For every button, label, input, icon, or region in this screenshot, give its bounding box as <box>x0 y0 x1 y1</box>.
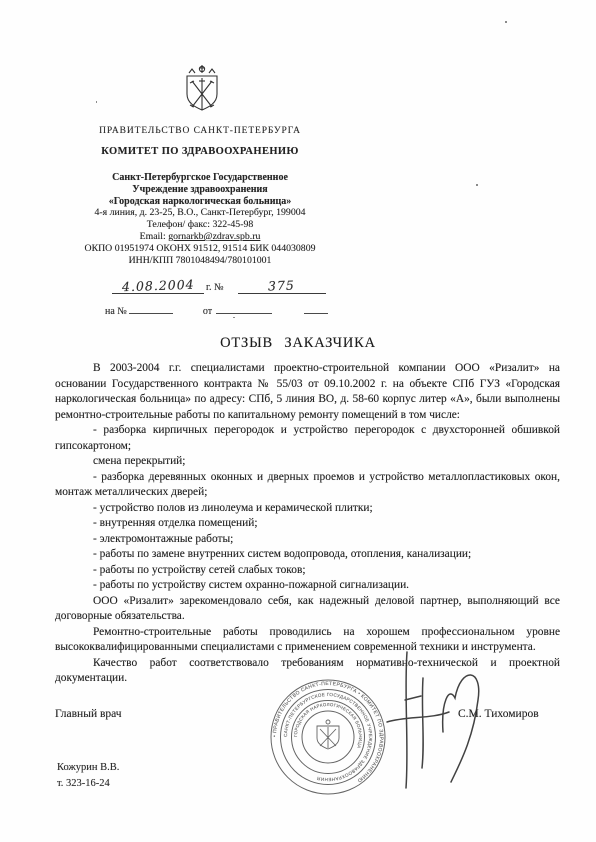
work-item: - устройство полов из линолеума и керами… <box>55 501 560 517</box>
work-item: - внутренняя отделка помещений; <box>55 516 560 532</box>
org-name-line-1: Санкт-Петербургское Государственное <box>40 172 360 184</box>
work-item: смена перекрытий; <box>55 454 560 470</box>
contact-person-name: Кожурин В.В. <box>57 762 119 773</box>
org-codes-okpo: ОКПО 01951974 ОКОНХ 91512, 91514 БИК 044… <box>40 243 360 255</box>
email-label: Email: <box>140 231 166 242</box>
reply-from-label: от <box>203 306 212 317</box>
round-stamp: • ПРАВИТЕЛЬСТВО САНКТ-ПЕТЕРБУРГА • КОМИТ… <box>267 676 389 798</box>
work-item: - разборка кирпичных перегородок и устро… <box>55 423 560 454</box>
handwritten-number: 375 <box>268 278 295 294</box>
scan-speck <box>476 184 478 186</box>
reply-no-blank <box>129 303 173 314</box>
org-name-line-3: «Городская наркологическая больница» <box>40 196 360 208</box>
org-codes-inn: ИНН/КПП 7801048494/780101001 <box>40 255 360 267</box>
org-address: 4-я линия, д. 23-25, В.О., Санкт-Петербу… <box>40 207 360 219</box>
document-body: В 2003-2004 г.г. специалистами проектно-… <box>55 361 560 687</box>
recommendation-paragraph: ООО «Ризалит» зарекомендовало себя, как … <box>55 594 560 625</box>
scan-speck <box>233 317 235 318</box>
email-address: gornarkb@zdrav.spb.ru <box>168 231 260 242</box>
org-email-line: Email: gornarkb@zdrav.spb.ru <box>40 231 360 243</box>
scan-speck <box>96 101 97 103</box>
number-sign-label: г. № <box>206 282 224 293</box>
number-underline: 375 <box>238 278 326 294</box>
stamp-center-emblem <box>317 720 339 749</box>
outgoing-reference-row: 4.08.2004г. №375 <box>112 278 412 294</box>
org-phone: Телефон/ факс: 322-45-98 <box>40 219 360 231</box>
signer-position: Главный врач <box>55 708 122 720</box>
scan-speck <box>505 21 507 23</box>
stray-blank-line <box>304 303 328 314</box>
contact-person-phone: т. 323-16-24 <box>57 778 110 789</box>
work-item: - работы по устройству систем охранно-по… <box>55 578 560 594</box>
scanned-letter-page: ПРАВИТЕЛЬСТВО САНКТ-ПЕТЕРБУРГА КОМИТЕТ П… <box>0 0 596 842</box>
signature-strokes <box>385 640 500 815</box>
spb-coat-of-arms-icon <box>182 63 222 115</box>
handwritten-date: 4.08.2004 <box>121 277 194 295</box>
work-item: - электромонтажные работы; <box>55 532 560 548</box>
reply-no-label: на № <box>105 306 127 317</box>
reply-from-blank <box>216 303 272 314</box>
scan-speck <box>311 645 313 646</box>
work-item: - работы по замене внутренних систем вод… <box>55 547 560 563</box>
committee-name: КОМИТЕТ ПО ЗДРАВООХРАНЕНИЮ <box>40 146 360 157</box>
incoming-reference-row: на №от <box>105 303 425 317</box>
date-underline: 4.08.2004 <box>112 278 204 294</box>
work-item: - разборка деревянных оконных и дверных … <box>55 470 560 501</box>
document-title: ОТЗЫВ ЗАКАЗЧИКА <box>0 335 596 352</box>
organization-requisites: Санкт-Петербургское Государственное Учре… <box>40 172 360 266</box>
intro-paragraph: В 2003-2004 г.г. специалистами проектно-… <box>55 361 560 423</box>
org-name-line-2: Учреждение здравоохранения <box>40 184 360 196</box>
work-item: - работы по устройству сетей слабых токо… <box>55 563 560 579</box>
government-name: ПРАВИТЕЛЬСТВО САНКТ-ПЕТЕРБУРГА <box>40 126 360 136</box>
